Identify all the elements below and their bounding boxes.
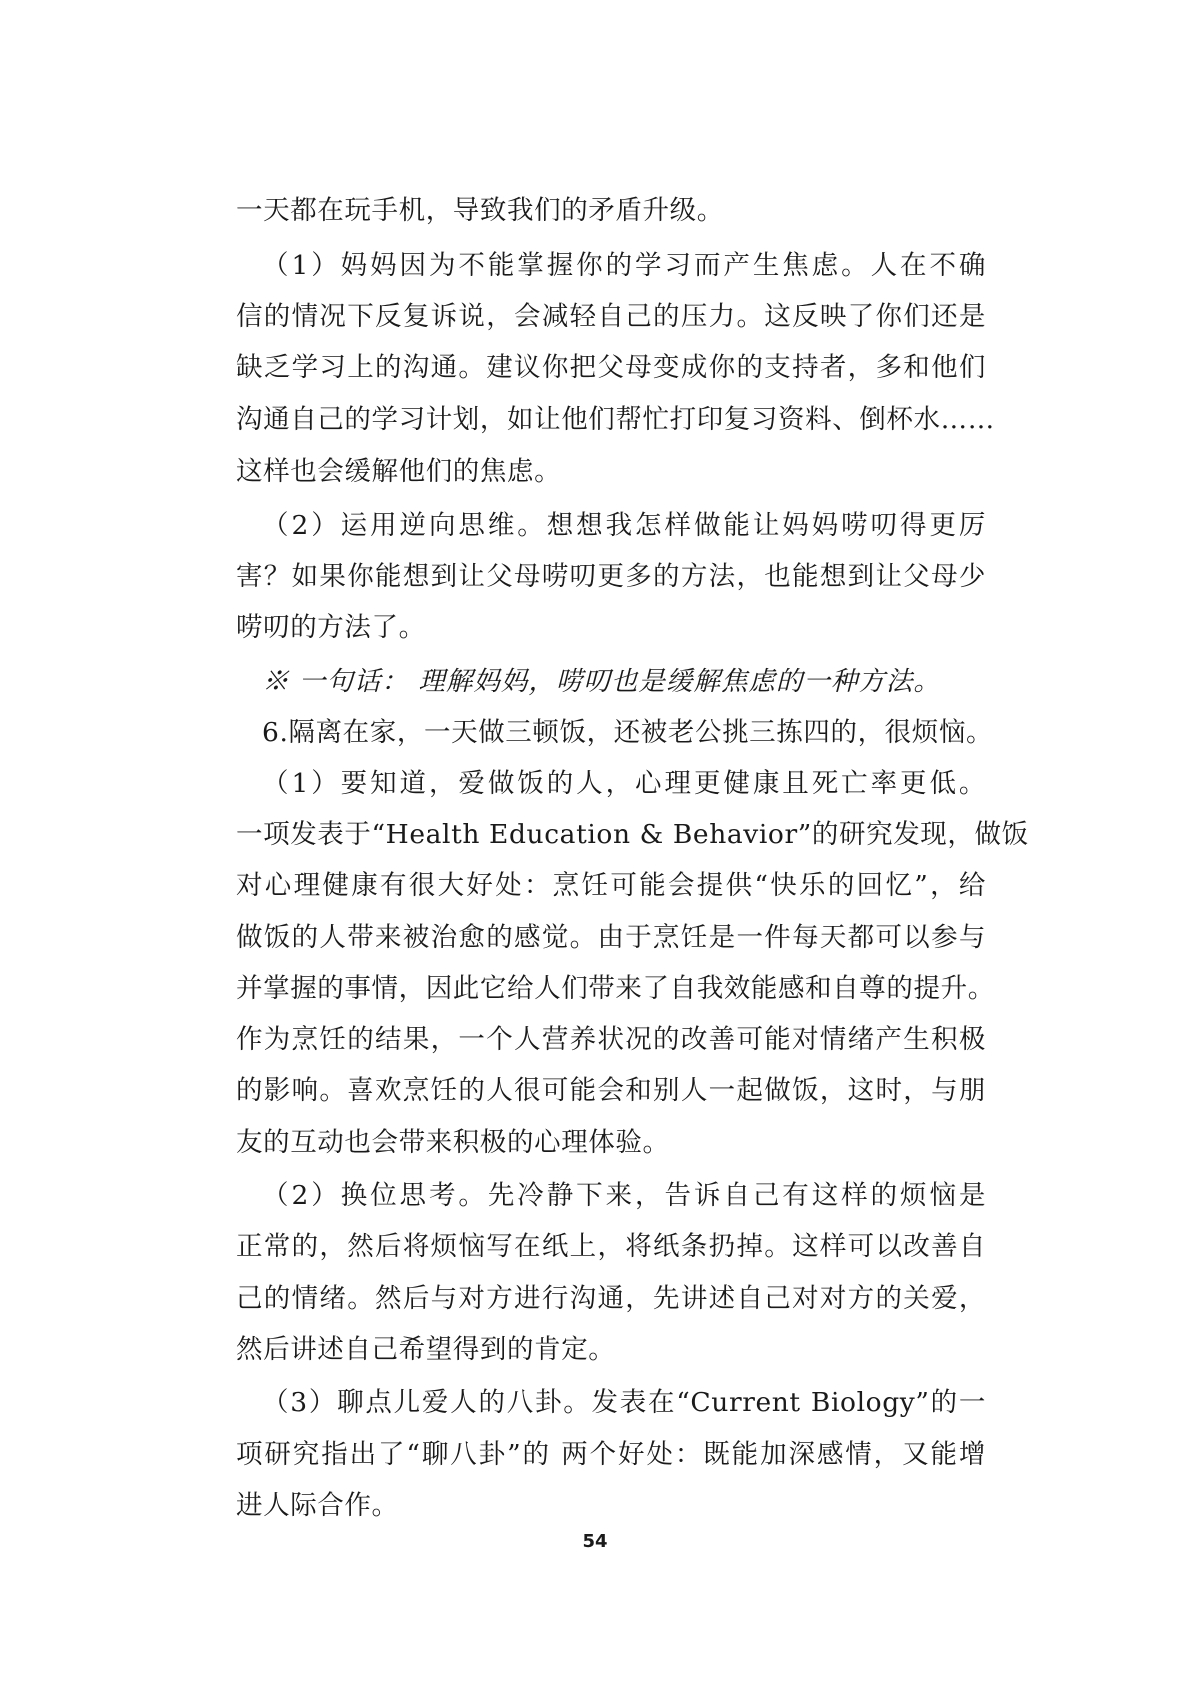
text-line: （1）妈妈因为不能掌握你的学习而产生焦虑。人在不确 — [262, 246, 986, 286]
text-line: 作为烹饪的结果，一个人营养状况的改善可能对情绪产生积极 — [236, 1020, 986, 1060]
text-line: 己的情绪。然后与对方进行沟通，先讲述自己对对方的关爱， — [236, 1279, 986, 1319]
text-line: 害？如果你能想到让父母唠叨更多的方法，也能想到让父母少 — [236, 557, 986, 597]
text-line: 的影响。喜欢烹饪的人很可能会和别人一起做饭，这时，与朋 — [236, 1071, 986, 1111]
page-number: 54 — [560, 1530, 630, 1554]
text-line: 进人际合作。 — [236, 1486, 986, 1526]
text-line: 友的互动也会带来积极的心理体验。 — [236, 1123, 986, 1163]
text-line: 然后讲述自己希望得到的肯定。 — [236, 1330, 986, 1370]
text-line: 沟通自己的学习计划，如让他们帮忙打印复习资料、倒杯水…… — [236, 400, 986, 440]
text-line: 项研究指出了“聊八卦”的 两个好处：既能加深感情，又能增 — [236, 1435, 986, 1475]
text-line: 缺乏学习上的沟通。建议你把父母变成你的支持者，多和他们 — [236, 348, 986, 388]
text-line: 一天都在玩手机，导致我们的矛盾升级。 — [236, 191, 986, 231]
text-line: 正常的，然后将烦恼写在纸上，将纸条扔掉。这样可以改善自 — [236, 1227, 986, 1267]
text-line: 一项发表于“Health Education & Behavior”的研究发现，… — [236, 815, 986, 855]
text-line: （3）聊点儿爱人的八卦。发表在“Current Biology”的一 — [262, 1383, 986, 1423]
text-line: 唠叨的方法了。 — [236, 608, 986, 648]
text-line: 6.隔离在家，一天做三顿饭，还被老公挑三拣四的，很烦恼。 — [262, 713, 986, 753]
summary-quote-line: ※ 一句话： 理解妈妈，唠叨也是缓解焦虑的一种方法。 — [262, 662, 986, 702]
text-line: 并掌握的事情，因此它给人们带来了自我效能感和自尊的提升。 — [236, 969, 986, 1009]
text-line: 对心理健康有很大好处：烹饪可能会提供“快乐的回忆”，给 — [236, 866, 986, 906]
text-line: （1）要知道，爱做饭的人，心理更健康且死亡率更低。 — [262, 764, 986, 804]
text-line: （2）运用逆向思维。想想我怎样做能让妈妈唠叨得更厉 — [262, 506, 986, 546]
text-line: （2）换位思考。先冷静下来，告诉自己有这样的烦恼是 — [262, 1176, 986, 1216]
text-line: 做饭的人带来被治愈的感觉。由于烹饪是一件每天都可以参与 — [236, 918, 986, 958]
text-line: 这样也会缓解他们的焦虑。 — [236, 452, 986, 492]
text-line: 信的情况下反复诉说，会减轻自己的压力。这反映了你们还是 — [236, 297, 986, 337]
document-page: 一天都在玩手机，导致我们的矛盾升级。（1）妈妈因为不能掌握你的学习而产生焦虑。人… — [0, 0, 1189, 1701]
